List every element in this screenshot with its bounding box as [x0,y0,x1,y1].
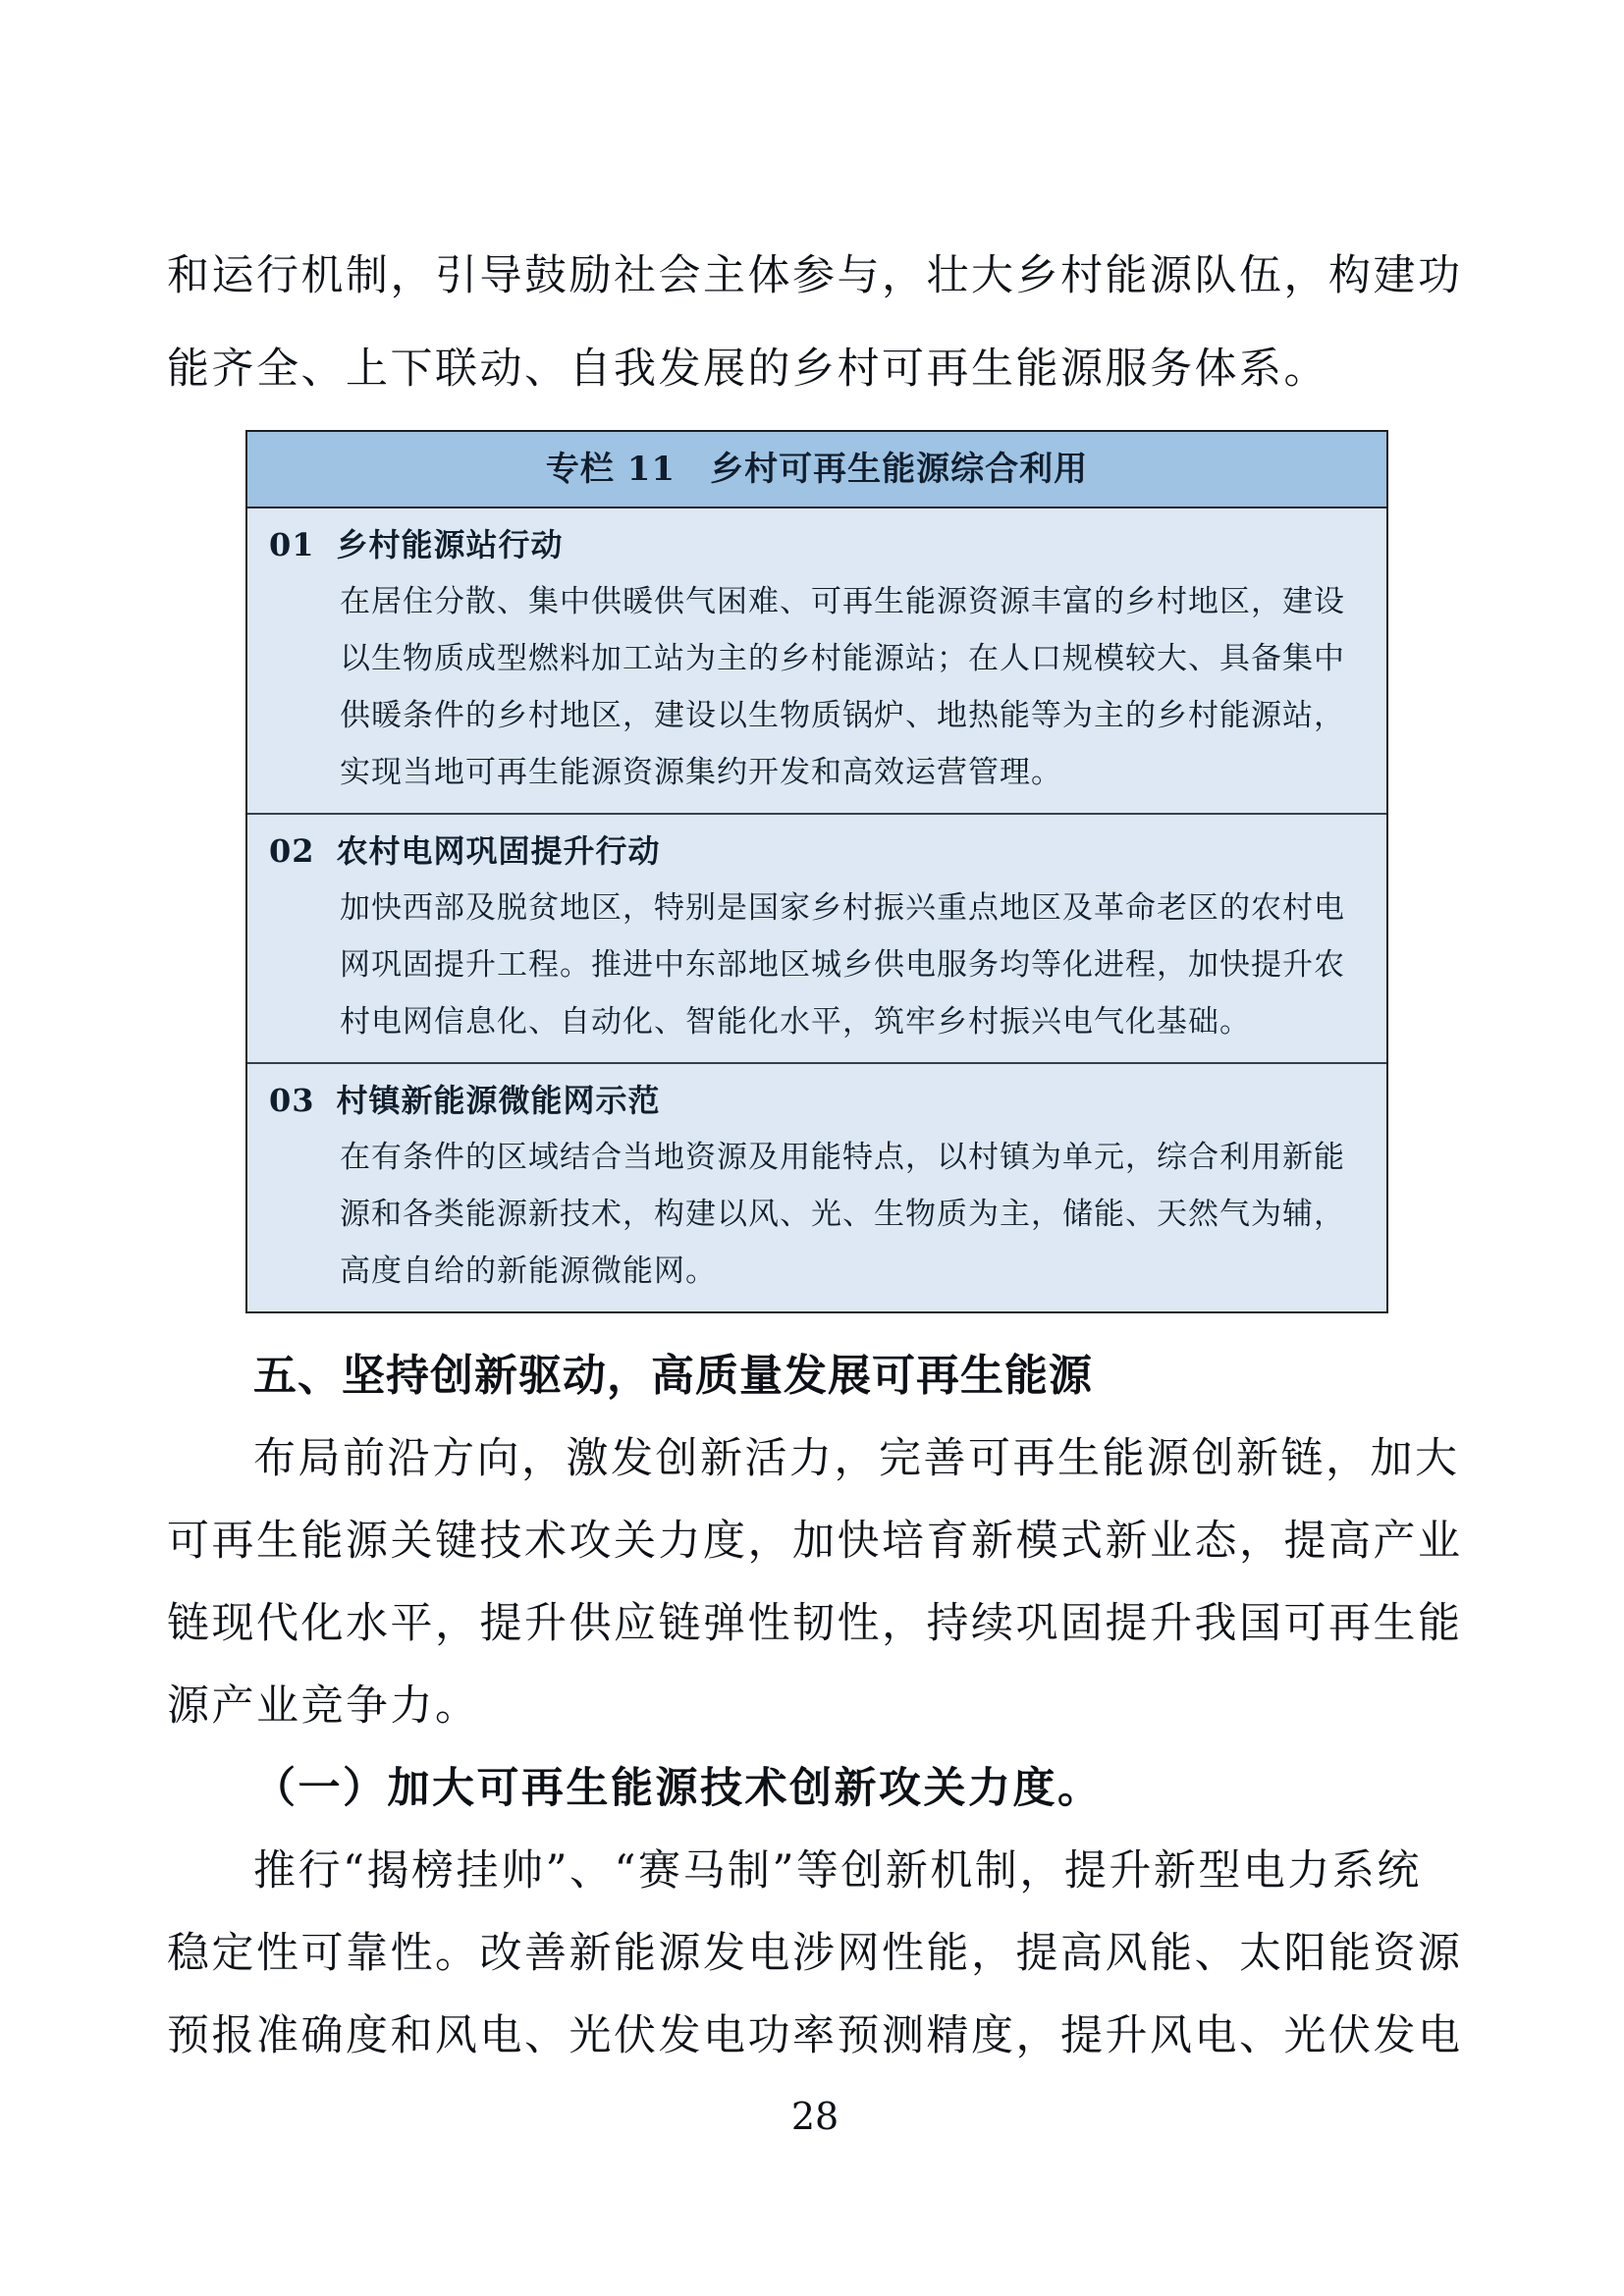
callout-box-title: 专栏 11 乡村可再生能源综合利用 [247,432,1386,508]
callout-section-02: 02农村电网巩固提升行动 加快西部及脱贫地区，特别是国家乡村振兴重点地区及革命老… [247,813,1386,1062]
subsection-heading: （一）加大可再生能源技术创新攻关力度。 [167,1747,1463,1830]
callout-section-03: 03村镇新能源微能网示范 在有条件的区域结合当地资源及用能特点，以村镇为单元，综… [247,1062,1386,1311]
section-title: 01乡村能源站行动 [269,516,1361,573]
section-text-line: 在居住分散、集中供暖供气困难、可再生能源资源丰富的乡村地区，建设 [340,573,1361,630]
text-line: 可再生能源关键技术攻关力度，加快培育新模式新业态，提高产业 [167,1500,1463,1582]
document-page: 和运行机制，引导鼓励社会主体参与，壮大乡村能源队伍，构建功 能齐全、上下联动、自… [0,0,1624,2138]
intro-paragraph: 和运行机制，引导鼓励社会主体参与，壮大乡村能源队伍，构建功 能齐全、上下联动、自… [167,230,1463,416]
text-line: 源产业竞争力。 [167,1665,1463,1747]
section-five: 五、坚持创新驱动，高质量发展可再生能源 布局前沿方向，激发创新活力，完善可再生能… [167,1335,1463,2138]
section-text-line: 高度自给的新能源微能网。 [340,1243,1361,1300]
section-text-line: 网巩固提升工程。推进中东部地区城乡供电服务均等化进程，加快提升农 [340,936,1361,993]
section-text-line: 源和各类能源新技术，构建以风、光、生物质为主，储能、天然气为辅， [340,1186,1361,1243]
section-number: 02 [269,832,315,870]
section-text-line: 实现当地可再生能源资源集约开发和高效运营管理。 [340,744,1361,801]
section-number: 03 [269,1082,315,1119]
section-title-text: 农村电网巩固提升行动 [337,832,661,870]
section-title-text: 乡村能源站行动 [337,526,564,563]
section-text-line: 在有条件的区域结合当地资源及用能特点，以村镇为单元，综合利用新能 [340,1129,1361,1186]
page-number: 28 [167,2095,1463,2138]
section-title: 02农村电网巩固提升行动 [269,823,1361,880]
text-line: 预报准确度和风电、光伏发电功率预测精度，提升风电、光伏发电 [167,1995,1463,2077]
section-title-text: 村镇新能源微能网示范 [337,1082,661,1119]
section-number: 01 [269,526,315,563]
paragraph: 推行“揭榜挂帅”、“赛马制”等创新机制，提升新型电力系统 稳定性可靠性。改善新能… [167,1830,1463,2077]
section-title: 03村镇新能源微能网示范 [269,1072,1361,1129]
section-text-line: 以生物质成型燃料加工站为主的乡村能源站；在人口规模较大、具备集中 [340,630,1361,687]
text-line: 和运行机制，引导鼓励社会主体参与，壮大乡村能源队伍，构建功 [167,230,1463,323]
text-line: 链现代化水平，提升供应链弹性韧性，持续巩固提升我国可再生能 [167,1582,1463,1665]
text-line: 能齐全、上下联动、自我发展的乡村可再生能源服务体系。 [167,323,1463,416]
section-heading: 五、坚持创新驱动，高质量发展可再生能源 [167,1335,1463,1417]
paragraph: 布局前沿方向，激发创新活力，完善可再生能源创新链，加大 可再生能源关键技术攻关力… [167,1417,1463,1747]
callout-box: 专栏 11 乡村可再生能源综合利用 01乡村能源站行动 在居住分散、集中供暖供气… [245,430,1388,1313]
section-text-line: 村电网信息化、自动化、智能化水平，筑牢乡村振兴电气化基础。 [340,993,1361,1050]
text-line: 稳定性可靠性。改善新能源发电涉网性能，提高风能、太阳能资源 [167,1912,1463,1995]
section-text-line: 供暖条件的乡村地区，建设以生物质锅炉、地热能等为主的乡村能源站， [340,687,1361,744]
text-line: 布局前沿方向，激发创新活力，完善可再生能源创新链，加大 [167,1417,1463,1500]
callout-section-01: 01乡村能源站行动 在居住分散、集中供暖供气困难、可再生能源资源丰富的乡村地区，… [247,508,1386,813]
text-line: 推行“揭榜挂帅”、“赛马制”等创新机制，提升新型电力系统 [167,1830,1463,1912]
section-text-line: 加快西部及脱贫地区，特别是国家乡村振兴重点地区及革命老区的农村电 [340,880,1361,936]
